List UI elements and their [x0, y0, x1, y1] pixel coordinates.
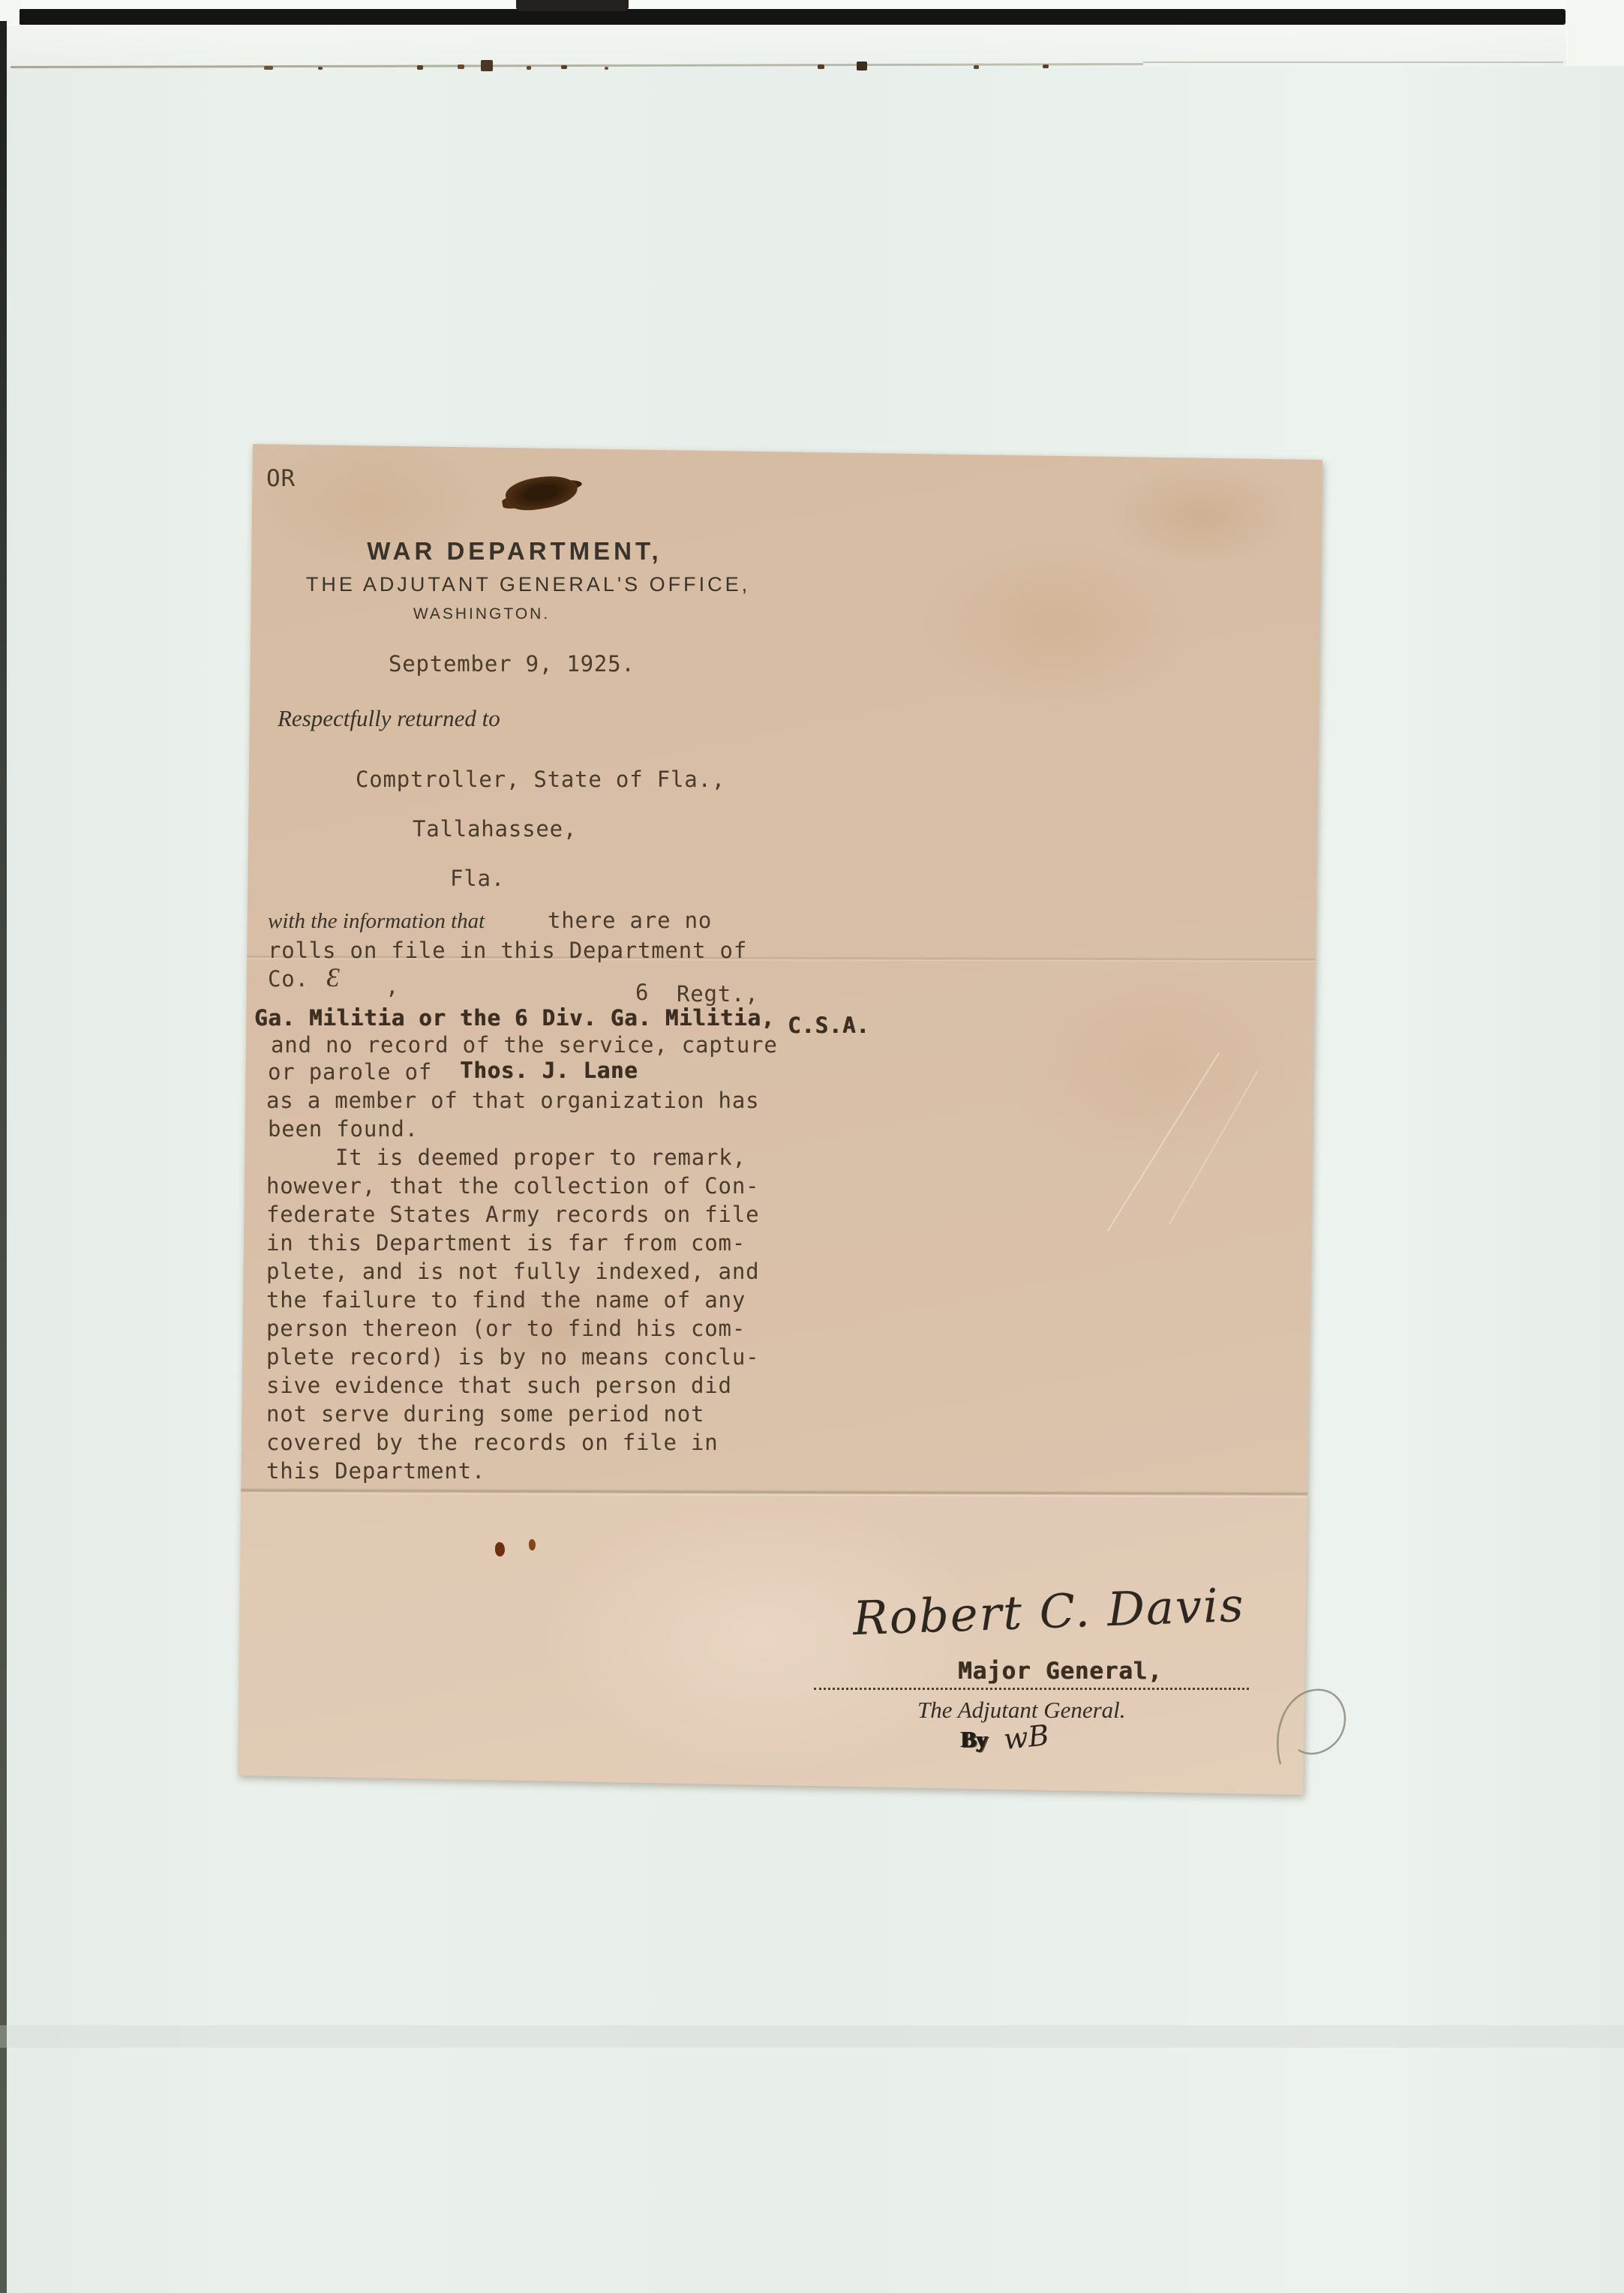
seam-speck: [527, 66, 531, 70]
seam-speck: [974, 65, 979, 69]
letterhead-office: THE ADJUTANT GENERAL'S OFFICE,: [306, 573, 750, 596]
addressee-line3: Fla.: [450, 866, 505, 891]
army-abbrev: C.S.A.: [788, 1013, 870, 1038]
company-label: Co.: [268, 966, 309, 992]
seam-speck: [458, 65, 464, 69]
remark-line: the failure to find the name of any: [266, 1287, 746, 1313]
mount-black-edge: [19, 9, 1565, 25]
paper-sheet: OR WAR DEPARTMENT, THE ADJUTANT GENERAL'…: [238, 444, 1322, 1795]
letter-paper: OR WAR DEPARTMENT, THE ADJUTANT GENERAL'…: [238, 444, 1322, 1795]
mount-seam-line-right: [1143, 62, 1563, 63]
pencil-stroke: [1277, 1690, 1345, 1764]
addressee-line2: Tallahassee,: [413, 816, 577, 842]
by-line: BywB: [960, 1721, 1049, 1754]
ink-spot: [529, 1539, 536, 1550]
remark-line: not serve during some period not: [266, 1401, 704, 1427]
date-line: September 9, 1925.: [389, 651, 635, 677]
seam-speck: [264, 66, 273, 70]
scanned-letter-page: { "corner_mark": "OR", "letterhead": { "…: [0, 0, 1624, 2293]
parole-lead: or parole of: [268, 1059, 432, 1085]
letterhead-city: WASHINGTON.: [413, 605, 550, 623]
finding-line5: been found.: [268, 1116, 419, 1142]
soldier-name: Thos. J. Lane: [460, 1058, 638, 1083]
ink-spot: [495, 1542, 505, 1556]
remark-line: in this Department is far from com-: [266, 1230, 746, 1256]
seam-speck: [481, 60, 493, 71]
remark-line: It is deemed proper to remark,: [335, 1145, 746, 1170]
seam-speck: [561, 65, 567, 69]
backing-crease-band: [0, 2025, 1624, 2048]
scan-left-edge-shadow: [0, 21, 7, 2293]
remark-line: this Department.: [266, 1458, 485, 1484]
by-label: By: [960, 1726, 987, 1752]
remark-line: plete, and is not fully indexed, and: [266, 1259, 759, 1284]
remark-line: plete record) is by no means conclu-: [266, 1344, 759, 1370]
finding-line4: as a member of that organization has: [266, 1088, 759, 1113]
regiment-value: 6: [635, 980, 649, 1005]
remark-line: person thereon (or to find his com-: [266, 1316, 746, 1341]
info-printed-lead: with the information that: [268, 909, 485, 934]
signature-rule: [814, 1688, 1249, 1690]
return-note: Respectfully returned to: [278, 705, 500, 732]
remark-line: covered by the records on file in: [266, 1430, 719, 1455]
seam-speck: [605, 67, 608, 70]
info-typed-lead: there are no: [548, 908, 712, 933]
seam-speck: [417, 65, 423, 70]
signature-rank: Major General,: [958, 1658, 1163, 1685]
remark-line: federate States Army records on file: [266, 1202, 759, 1227]
signature-title: The Adjutant General.: [917, 1697, 1126, 1724]
remark-line: sive evidence that such person did: [266, 1373, 732, 1398]
addressee-line1: Comptroller, State of Fla.,: [356, 767, 725, 792]
company-value: Ɛ: [326, 962, 340, 993]
seam-speck: [318, 67, 323, 70]
clerk-initials: wB: [1002, 1718, 1051, 1756]
regiment-label: Regt.,: [677, 981, 759, 1007]
seam-speck: [818, 65, 824, 69]
militia-line: Ga. Militia or the 6 Div. Ga. Militia,: [254, 1005, 775, 1031]
seam-speck: [857, 62, 867, 71]
mount-edge-nub: [516, 0, 629, 11]
finding-line3: and no record of the service, capture: [271, 1032, 778, 1058]
company-comma: ,: [386, 974, 399, 999]
scan-top-right-highlight: [1566, 0, 1624, 66]
remark-line: however, that the collection of Con-: [266, 1173, 759, 1199]
finding-line2: rolls on file in this Department of: [268, 938, 747, 963]
pencil-loop-mark: [1270, 1686, 1356, 1772]
corner-mark: OR: [266, 465, 296, 492]
letterhead-department: WAR DEPARTMENT,: [367, 537, 662, 566]
paper-lower-tone: [238, 1494, 1322, 1795]
seam-speck: [1043, 65, 1049, 68]
